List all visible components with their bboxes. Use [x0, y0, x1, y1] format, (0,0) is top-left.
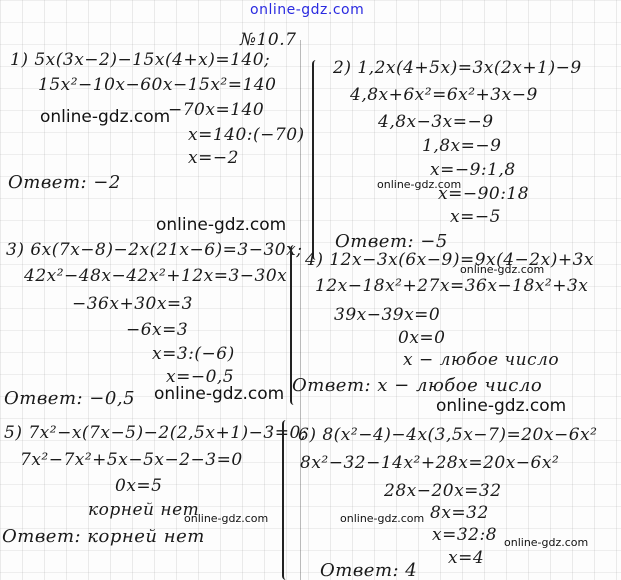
task-1-line-5: x=−2	[188, 148, 239, 168]
task-5-line-1: 5) 7x²−x(7x−5)−2(2,5x+1)−3=0;	[4, 423, 307, 443]
task-5-answer: Ответ: корней нет	[2, 526, 205, 547]
task-2-line-4: 1,8x=−9	[422, 136, 501, 156]
task-6-line-4: 8x=32	[430, 503, 489, 523]
task-1-answer: Ответ: −2	[8, 172, 121, 193]
watermark: online-gdz.com	[436, 396, 566, 416]
task-3-answer: Ответ: −0,5	[4, 388, 135, 409]
task-1-line-3: −70x=140	[168, 100, 264, 120]
task-2-line-1: 2) 1,2x(4+5x)=3x(2x+1)−9	[333, 58, 582, 78]
watermark: online-gdz.com	[40, 107, 170, 127]
watermark: online-gdz.com	[377, 178, 461, 191]
task-1-line-1: 1) 5x(3x−2)−15x(4+x)=140;	[10, 50, 270, 70]
task-3-line-3: −36x+30x=3	[72, 294, 193, 314]
task-4-line-4: 0x=0	[398, 328, 445, 348]
task-3-line-2: 42x²−48x−42x²+12x=3−30x	[24, 266, 287, 286]
task-4-line-1: 4) 12x−3x(6x−9)=9x(4−2x)+3x	[305, 250, 594, 270]
brace-separator	[312, 60, 320, 260]
column-divider	[300, 40, 301, 580]
task-2-line-2: 4,8x+6x²=6x²+3x−9	[350, 85, 538, 105]
task-1-line-4: x=140:(−70)	[188, 125, 305, 145]
task-2-line-3: 4,8x−3x=−9	[378, 112, 494, 132]
watermark-top: online-gdz.com	[250, 2, 364, 18]
watermark: online-gdz.com	[340, 512, 424, 525]
watermark: online-gdz.com	[156, 215, 286, 235]
task-2-line-7: x=−5	[450, 207, 501, 227]
task-4-line-3: 39x−39x=0	[334, 305, 440, 325]
watermark: online-gdz.com	[154, 384, 284, 404]
task-3-line-1: 3) 6x(7x−8)−2x(21x−6)=3−30x;	[6, 240, 302, 260]
task-3-line-4: −6x=3	[126, 320, 188, 340]
task-6-line-3: 28x−20x=32	[384, 481, 502, 501]
task-4-answer: Ответ: x − любое число	[292, 375, 542, 396]
task-5-line-4: корней нет	[88, 500, 199, 520]
task-1-line-2: 15x²−10x−60x−15x²=140	[38, 75, 276, 95]
task-6-line-1: 6) 8(x²−4)−4x(3,5x−7)=20x−6x²	[298, 425, 597, 445]
task-4-line-5: x − любое число	[403, 350, 559, 370]
task-3-line-5: x=3:(−6)	[152, 344, 235, 364]
brace-separator	[282, 420, 290, 580]
task-4-line-2: 12x−18x²+27x=36x−18x²+3x	[315, 276, 588, 296]
watermark: online-gdz.com	[184, 512, 268, 525]
task-2-answer: Ответ: −5	[335, 231, 448, 252]
problem-number: №10.7	[240, 30, 296, 50]
task-2-line-5: x=−9:1,8	[430, 160, 516, 180]
task-6-line-2: 8x²−32−14x²+28x=20x−6x²	[300, 453, 559, 473]
task-6-line-6: x=4	[448, 548, 484, 568]
watermark: online-gdz.com	[460, 263, 544, 276]
task-5-line-3: 0x=5	[115, 476, 162, 496]
watermark: online-gdz.com	[504, 536, 588, 549]
task-5-line-2: 7x²−7x²+5x−5x−2−3=0	[20, 450, 243, 470]
task-6-answer: Ответ: 4	[320, 560, 417, 580]
task-6-line-5: x=32:8	[432, 525, 497, 545]
